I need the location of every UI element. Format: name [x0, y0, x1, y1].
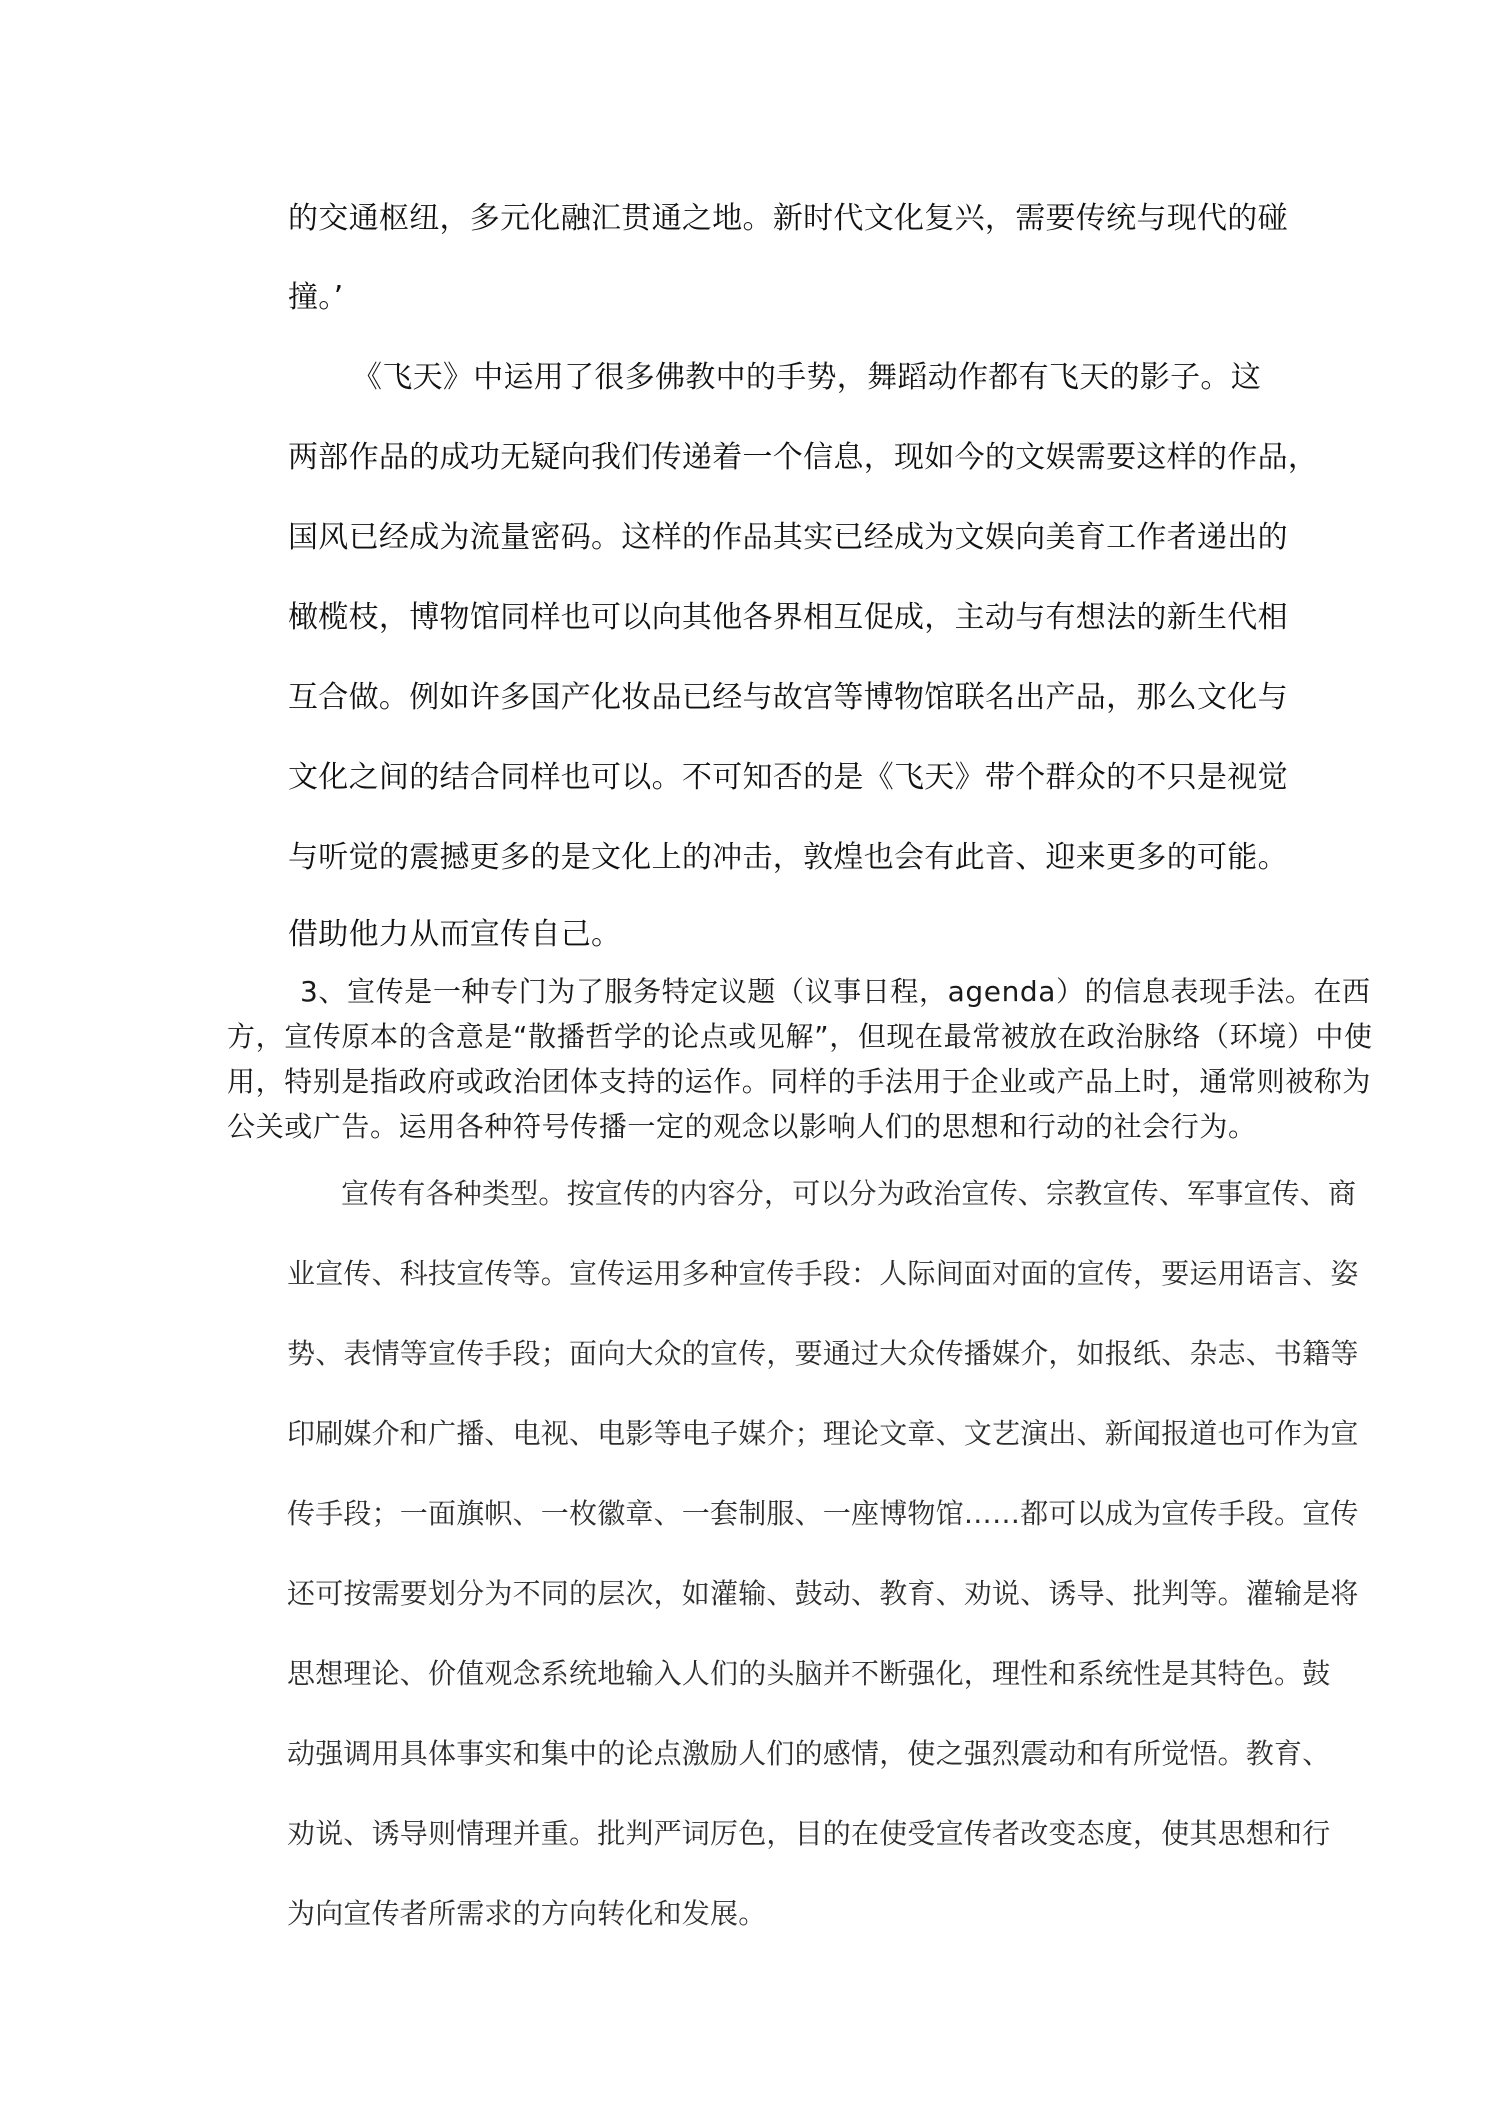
- text-line: 撞。’: [288, 283, 343, 313]
- text-line: 互合做。例如许多国产化妆品已经与故宫等博物馆联名出产品，那么文化与: [288, 683, 1288, 713]
- text-line: 还可按需要划分为不同的层次，如灌输、鼓动、教育、劝说、诱导、批判等。灌输是将: [287, 1580, 1359, 1608]
- text-line: 与听觉的震撼更多的是文化上的冲击，敦煌也会有此音、迎来更多的可能。: [288, 843, 1288, 873]
- text-line: 传手段；一面旗帜、一枚徽章、一套制服、一座博物馆……都可以成为宣传手段。宣传: [287, 1500, 1359, 1528]
- text-line: 3、宣传是一种专门为了服务特定议题（议事日程，agenda）的信息表现手法。在西: [300, 978, 1371, 1006]
- text-line: 宣传有各种类型。按宣传的内容分，可以分为政治宣传、宗教宣传、军事宣传、商: [341, 1180, 1356, 1208]
- text-line: 文化之间的结合同样也可以。不可知否的是《飞天》带个群众的不只是视觉: [288, 763, 1288, 793]
- document-page: 的交通枢纽，多元化融汇贯通之地。新时代文化复兴，需要传统与现代的碰 撞。’ 《飞…: [0, 0, 1500, 2115]
- text-line: 势、表情等宣传手段；面向大众的宣传，要通过大众传播媒介，如报纸、杂志、书籍等: [287, 1340, 1359, 1368]
- text-line: 的交通枢纽，多元化融汇贯通之地。新时代文化复兴，需要传统与现代的碰: [288, 204, 1282, 234]
- text-line: 方，宣传原本的含意是“散播哲学的论点或见解”，但现在最常被放在政治脉络（环境）中…: [227, 1023, 1373, 1051]
- text-line: 劝说、诱导则情理并重。批判严词厉色，目的在使受宣传者改变态度，使其思想和行: [287, 1820, 1330, 1848]
- text-line: 两部作品的成功无疑向我们传递着一个信息，现如今的文娱需要这样的作品，: [288, 443, 1318, 473]
- text-line: 国风已经成为流量密码。这样的作品其实已经成为文娱向美育工作者递出的: [288, 523, 1288, 553]
- text-line: 《飞天》中运用了很多佛教中的手势，舞蹈动作都有飞天的影子。这: [352, 363, 1261, 393]
- text-line: 借助他力从而宣传自己。: [288, 920, 621, 950]
- text-line: 业宣传、科技宣传等。宣传运用多种宣传手段：人际间面对面的宣传，要运用语言、姿: [287, 1260, 1359, 1288]
- text-line: 公关或广告。运用各种符号传播一定的观念以影响人们的思想和行动的社会行为。: [227, 1113, 1257, 1141]
- text-line: 橄榄枝，博物馆同样也可以向其他各界相互促成，主动与有想法的新生代相: [288, 603, 1288, 633]
- text-line: 为向宣传者所需求的方向转化和发展。: [287, 1900, 766, 1928]
- text-line: 用，特别是指政府或政治团体支持的运作。同样的手法用于企业或产品上时，通常则被称为: [227, 1068, 1371, 1096]
- text-line: 印刷媒介和广播、电视、电影等电子媒介；理论文章、文艺演出、新闻报道也可作为宣: [287, 1420, 1359, 1448]
- text-line: 思想理论、价值观念系统地输入人们的头脑并不断强化，理性和系统性是其特色。鼓: [287, 1660, 1330, 1688]
- text-line: 动强调用具体事实和集中的论点激励人们的感情，使之强烈震动和有所觉悟。教育、: [287, 1740, 1330, 1768]
